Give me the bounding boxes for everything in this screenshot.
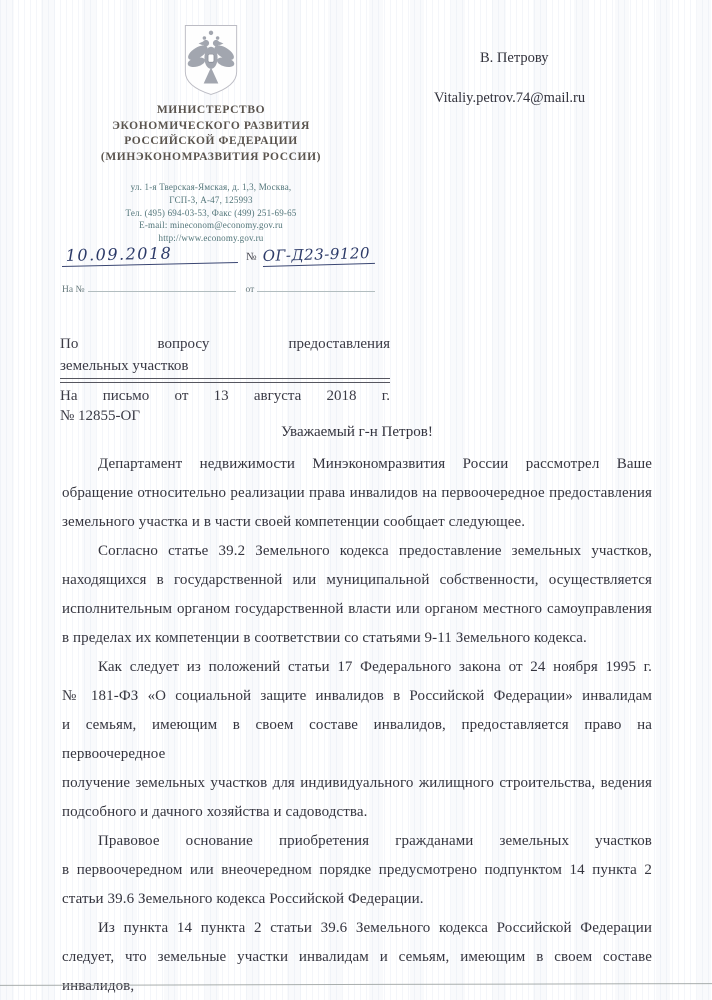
salutation: Уважаемый г-н Петров! [62, 424, 652, 441]
ministry-line: (МИНЭКОНОМРАЗВИТИЯ РОССИИ) [60, 150, 362, 166]
body-line: № 181-ФЗ «О социальной защите инвалидов … [62, 682, 652, 711]
body-line: Из пункта 14 пункта 2 статьи 39.6 Земель… [62, 914, 652, 943]
incoming-date-blank [257, 281, 375, 292]
handwritten-date: 10.09.2018 [62, 242, 238, 267]
number-sign: № [246, 251, 257, 267]
body-line: и семьям, имеющим в своем составе инвали… [62, 711, 652, 769]
body-line: Как следует из положений статьи 17 Федер… [62, 653, 652, 682]
body-line: в первоочередном или внеочередном порядк… [62, 856, 652, 885]
ministry-line: ЭКОНОМИЧЕСКОГО РАЗВИТИЯ [60, 119, 362, 135]
body-line: земельного участка и в части своей компе… [62, 508, 652, 537]
body-line: Согласно статье 39.2 Земельного кодекса … [62, 537, 652, 566]
letter-body: Департамент недвижимости Минэкономразвит… [62, 450, 652, 1000]
body-line: в пределах их компетенции в соответствии… [62, 624, 652, 653]
body-line: получение земельных участков для индивид… [62, 769, 652, 798]
subject-line: земельных участков [60, 356, 390, 379]
incoming-reference-row: На №от [62, 281, 392, 295]
recipient-email: Vitaliy.petrov.74@mail.ru [434, 90, 684, 107]
subject-line: По вопросу предоставления [60, 334, 390, 356]
body-line: Правовое основание приобретения граждана… [62, 827, 652, 856]
subject-divider [60, 382, 390, 383]
russia-coat-of-arms-icon [178, 22, 244, 98]
body-line: Департамент недвижимости Минэкономразвит… [62, 450, 652, 479]
body-line: исполнительным органом государственной в… [62, 595, 652, 624]
address-line: ГСП-3, А-47, 125993 [60, 194, 362, 207]
address-line: ул. 1-я Тверская-Ямская, д. 1,3, Москва, [60, 181, 362, 194]
ministry-name: МИНИСТЕРСТВО ЭКОНОМИЧЕСКОГО РАЗВИТИЯ РОС… [60, 103, 362, 165]
scanned-letter-page: МИНИСТЕРСТВО ЭКОНОМИЧЕСКОГО РАЗВИТИЯ РОС… [0, 0, 712, 1000]
body-line: находящихся в государственной или муници… [62, 566, 652, 595]
incoming-date-label: от [246, 285, 255, 295]
reference-letter-line: На письмо от 13 августа 2018 г. [60, 386, 390, 407]
ministry-contact-block: ул. 1-я Тверская-Ямская, д. 1,3, Москва,… [60, 181, 362, 245]
body-line: подсобного и дачного хозяйства и садовод… [62, 798, 652, 827]
body-line: статьи 39.6 Земельного кодекса Российско… [62, 885, 652, 914]
recipient-block: В. Петрову Vitaliy.petrov.74@mail.ru [434, 50, 684, 107]
incoming-number-blank [88, 281, 236, 292]
handwritten-outgoing-number: ОГ-Д23-9120 [262, 244, 375, 267]
email-line: E-mail: mineconom@economy.gov.ru [60, 219, 362, 232]
ministry-line: РОССИЙСКОЙ ФЕДЕРАЦИИ [60, 134, 362, 150]
body-line: обращение относительно реализации права … [62, 479, 652, 508]
ministry-line: МИНИСТЕРСТВО [60, 103, 362, 119]
incoming-number-label: На № [62, 285, 85, 295]
body-line: следует, что земельные участки инвалидам… [62, 943, 652, 1000]
letterhead: МИНИСТЕРСТВО ЭКОНОМИЧЕСКОГО РАЗВИТИЯ РОС… [60, 22, 362, 245]
phone-fax-line: Тел. (495) 694-03-53, Факс (499) 251-69-… [60, 207, 362, 220]
registration-row: 10.09.2018№ОГ-Д23-9120 [62, 246, 392, 276]
subject-block: По вопросу предоставления земельных учас… [60, 334, 390, 427]
recipient-name: В. Петрову [480, 50, 684, 67]
